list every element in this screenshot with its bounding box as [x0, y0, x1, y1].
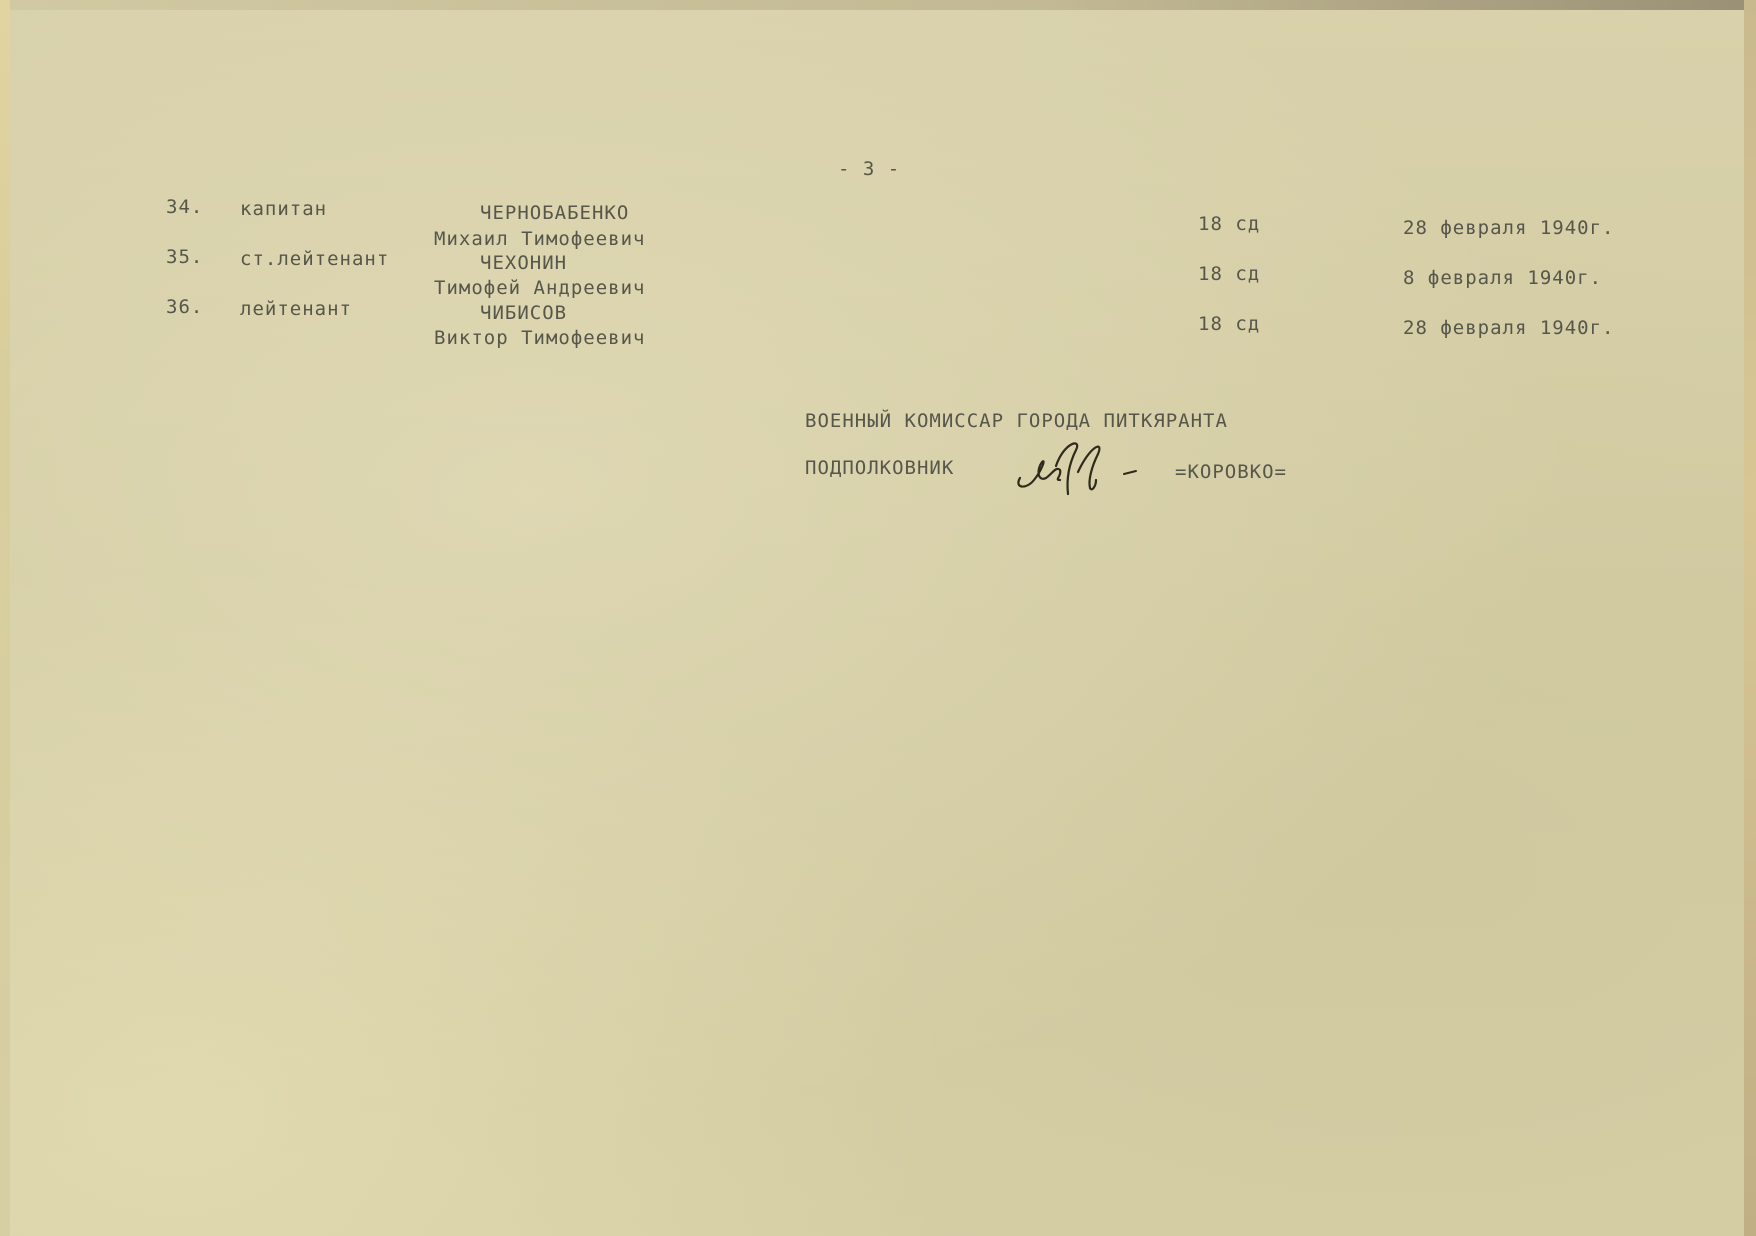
entry-rank: капитан: [240, 198, 327, 220]
entry-given-names: Тимофей Андреевич: [434, 277, 645, 299]
entry-surname: ЧЕРНОБАБЕНКО: [480, 202, 629, 224]
handwritten-signature-icon: [1012, 436, 1142, 500]
entry-number: 35.: [166, 246, 203, 268]
scan-edge-right: [1744, 0, 1756, 1236]
entry-unit: 18 сд: [1198, 213, 1260, 235]
entry-date: 8 февраля 1940г.: [1403, 267, 1602, 289]
signatory-title: ВОЕННЫЙ КОМИССАР ГОРОДА ПИТКЯРАНТА: [805, 410, 1228, 432]
entry-unit: 18 сд: [1198, 313, 1260, 335]
scan-edge-left: [0, 0, 10, 1236]
entry-unit: 18 сд: [1198, 263, 1260, 285]
entry-rank: ст.лейтенант: [240, 248, 389, 270]
scan-edge-top: [0, 0, 1756, 10]
entry-given-names: Виктор Тимофеевич: [434, 327, 645, 349]
entry-number: 34.: [166, 196, 203, 218]
entry-number: 36.: [166, 296, 203, 318]
signatory-name: =КОРОВКО=: [1175, 461, 1287, 483]
entry-given-names: Михаил Тимофеевич: [434, 228, 645, 250]
entry-date: 28 февраля 1940г.: [1403, 217, 1614, 239]
entry-surname: ЧИБИСОВ: [480, 302, 567, 324]
page-number: - 3 -: [838, 158, 900, 180]
entry-rank: лейтенант: [240, 298, 352, 320]
paper-background: [0, 0, 1756, 1236]
entry-surname: ЧЕХОНИН: [480, 252, 567, 274]
signatory-rank: ПОДПОЛКОВНИК: [805, 457, 954, 479]
entry-date: 28 февраля 1940г.: [1403, 317, 1614, 339]
